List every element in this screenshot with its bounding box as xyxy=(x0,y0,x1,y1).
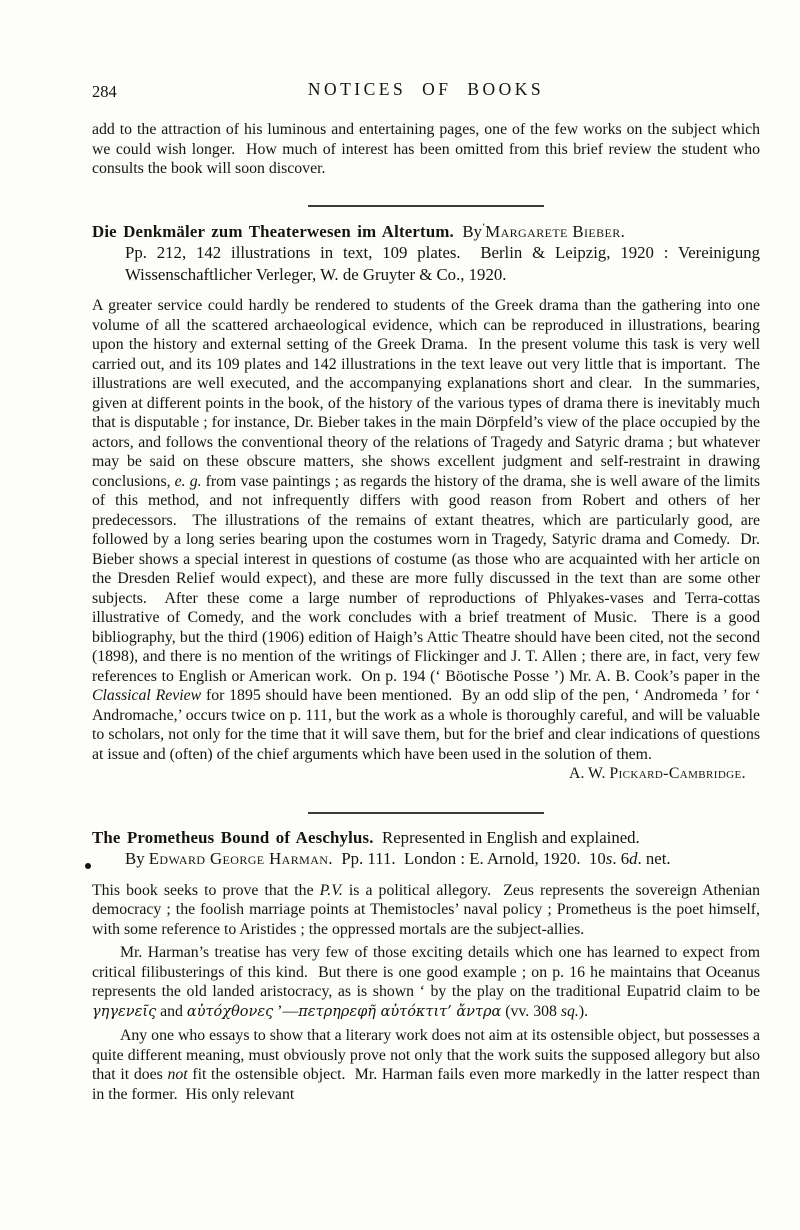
review-1-body: A greater service could hardly be render… xyxy=(92,296,760,764)
review-bieber: Die Denkmäler zum Theaterwesen im Altert… xyxy=(92,221,760,784)
review-harman: The Prometheus Bound of Aeschylus. Repre… xyxy=(92,827,760,1105)
review-2-paragraph-1: This book seeks to prove that the P.V. i… xyxy=(92,881,760,940)
signature-surname: Pickard-Cambridge. xyxy=(609,765,746,782)
book-page: 284 NOTICES OF BOOKS add to the attracti… xyxy=(0,0,800,1230)
section-divider-1 xyxy=(308,205,544,207)
section-divider-2 xyxy=(308,812,544,814)
signature-initials: A. W. xyxy=(569,765,609,782)
review-2-heading: The Prometheus Bound of Aeschylus. Repre… xyxy=(92,827,760,870)
review-2-paragraph-2: Mr. Harman’s treatise has very few of th… xyxy=(92,943,760,1022)
page-header: 284 NOTICES OF BOOKS xyxy=(92,80,760,104)
review-1-heading: Die Denkmäler zum Theaterwesen im Altert… xyxy=(92,221,760,286)
review-2-paragraph-3: Any one who essays to show that a litera… xyxy=(92,1026,760,1104)
ink-dot-artifact xyxy=(85,863,91,869)
running-title: NOTICES OF BOOKS xyxy=(92,80,760,100)
page-number: 284 xyxy=(92,82,117,102)
review-1-signature: A. W. Pickard-Cambridge. xyxy=(92,764,760,784)
intro-paragraph: add to the attraction of his luminous an… xyxy=(92,120,760,179)
